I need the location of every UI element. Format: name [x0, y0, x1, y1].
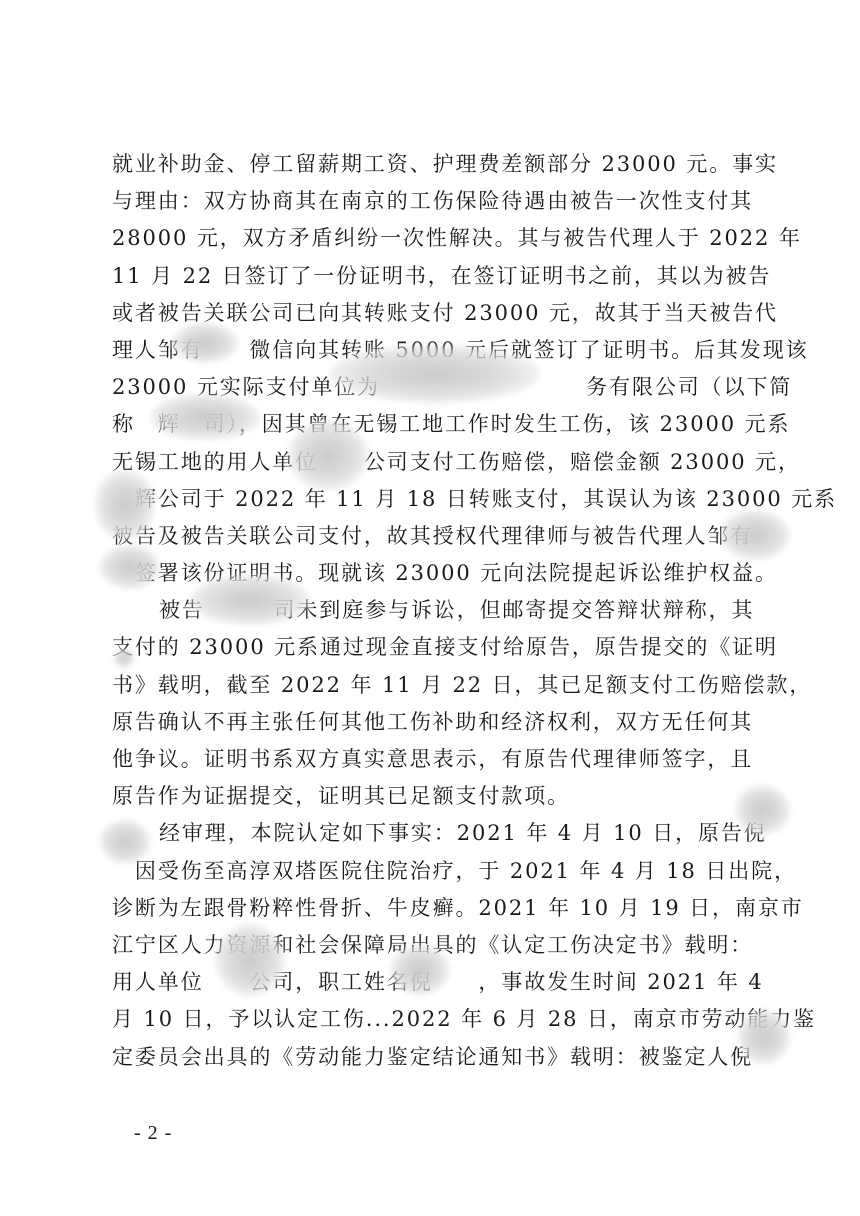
text-line: 定委员会出具的《劳动能力鉴定结论通知书》载明：被鉴定人倪 — [112, 1039, 752, 1076]
document-body: 就业补助金、停工留薪期工资、护理费差额部分 23000 元。事实 与理由：双方协… — [112, 146, 752, 1076]
text-line: 诊断为左跟骨粉粹性骨折、牛皮癣。2021 年 10 月 19 日，南京市 — [112, 890, 752, 927]
text-line: 因受伤至高淳双塔医院住院治疗，于 2021 年 4 月 18 日出院， — [112, 853, 752, 890]
text-line: 原告确认不再主张任何其他工伤补助和经济权利，双方无任何其 — [112, 704, 752, 741]
text-line: 辉公司于 2022 年 11 月 18 日转账支付，其误认为该 23000 元系 — [112, 481, 752, 518]
text-line: 签署该份证明书。现就该 23000 元向法院提起诉讼维护权益。 — [112, 555, 752, 592]
text-line: 江宁区人力资源和社会保障局出具的《认定工伤决定书》载明： — [112, 927, 752, 964]
text-line: 28000 元，双方矛盾纠纷一次性解决。其与被告代理人于 2022 年 — [112, 220, 752, 257]
text-line: 与理由：双方协商其在南京的工伤保险待遇由被告一次性支付其 — [112, 183, 752, 220]
text-line: 经审理，本院认定如下事实：2021 年 4 月 10 日，原告倪 — [112, 815, 752, 852]
text-line: 用人单位 公司，职工姓名倪 ，事故发生时间 2021 年 4 — [112, 964, 752, 1001]
text-line: 无锡工地的用人单位 公司支付工伤赔偿，赔偿金额 23000 元， — [112, 444, 752, 481]
text-line: 23000 元实际支付单位为 务有限公司（以下简 — [112, 369, 752, 406]
text-line: 被告及被告关联公司支付，故其授权代理律师与被告代理人邹有 — [112, 518, 752, 555]
text-line: 支付的 23000 元系通过现金直接支付给原告，原告提交的《证明 — [112, 629, 752, 666]
text-line: 月 10 日，予以认定工伤...2022 年 6 月 28 日，南京市劳动能力鉴 — [112, 1001, 752, 1038]
text-line: 称 辉 司），因其曾在无锡工地工作时发生工伤，该 23000 元系 — [112, 406, 752, 443]
text-line: 理人邹有 微信向其转账 5000 元后就签订了证明书。后其发现该 — [112, 332, 752, 369]
text-line: 11 月 22 日签订了一份证明书，在签订证明书之前，其以为被告 — [112, 258, 752, 295]
document-page: 就业补助金、停工留薪期工资、护理费差额部分 23000 元。事实 与理由：双方协… — [0, 0, 860, 1216]
text-line: 就业补助金、停工留薪期工资、护理费差额部分 23000 元。事实 — [112, 146, 752, 183]
page-number: - 2 - — [134, 1122, 172, 1145]
text-line: 或者被告关联公司已向其转账支付 23000 元，故其于当天被告代 — [112, 295, 752, 332]
text-line: 书》载明，截至 2022 年 11 月 22 日，其已足额支付工伤赔偿款， — [112, 667, 752, 704]
text-line: 原告作为证据提交，证明其已足额支付款项。 — [112, 778, 752, 815]
text-line: 他争议。证明书系双方真实意思表示，有原告代理律师签字，且 — [112, 741, 752, 778]
text-line: 被告 司未到庭参与诉讼，但邮寄提交答辩状辩称，其 — [112, 592, 752, 629]
